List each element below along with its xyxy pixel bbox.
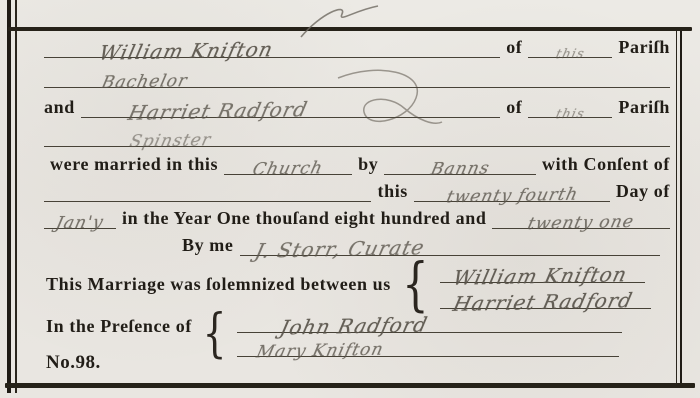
blank-line — [44, 201, 371, 202]
groom-condition-line: Bachelor — [44, 74, 670, 88]
groom-name-line: William Knifton — [44, 41, 500, 58]
bride-condition-line: Spinster — [44, 133, 670, 147]
month-handwriting: Jan'y — [54, 215, 105, 233]
brace-glyph: { — [402, 261, 429, 307]
day-line: twenty fourth — [414, 188, 610, 202]
solemnized-label: This Marriage was ſolemnized between us — [46, 275, 391, 293]
groom-condition-handwriting: Bachelor — [100, 73, 189, 92]
bottom-rule — [5, 383, 695, 388]
marriage-row: were married in this Church by Banns wit… — [50, 149, 670, 175]
record-number: No.98. — [46, 352, 101, 374]
year-label: in the Year One thouſand eight hundred a… — [122, 209, 486, 229]
marriage-register-page: William Knifton of this Pariſh Bachelor … — [0, 0, 700, 398]
and-label: and — [44, 98, 75, 118]
by-label: by — [358, 155, 378, 175]
of-label: of — [506, 98, 522, 118]
spouse-signatures: William Knifton Harriet Radford — [440, 259, 645, 309]
bride-name-line: Harriet Radford — [81, 101, 500, 118]
this-label: this — [377, 182, 407, 202]
witness-1-line: John Radford — [237, 311, 622, 333]
solemnized-row: This Marriage was ſolemnized between us … — [46, 259, 645, 309]
top-rule — [8, 27, 692, 31]
bride-name-handwriting: Harriet Radford — [126, 99, 310, 123]
bride-name-row: and Harriet Radford of this Pariſh — [44, 92, 670, 118]
witness-signatures: John Radford Mary Knifton — [237, 311, 622, 357]
officiant-signature-handwriting: J. Storr, Curate — [253, 237, 427, 261]
bride-condition-row: Spinster — [44, 121, 670, 147]
married-by-handwriting: Banns — [429, 160, 491, 178]
married-place-handwriting: Church — [251, 160, 325, 178]
groom-parish-handwriting: this — [555, 48, 587, 62]
year-words-line: twenty one — [492, 215, 670, 229]
groom-signature-line: William Knifton — [440, 259, 645, 283]
with-consent-label: with Conſent of — [542, 155, 670, 175]
month-line: Jan'y — [44, 215, 116, 229]
bride-parish-line: this — [528, 108, 612, 118]
year-row: Jan'y in the Year One thouſand eight hun… — [44, 204, 670, 229]
officiant-line: J. Storr, Curate — [240, 239, 661, 256]
parish-label: Pariſh — [618, 98, 670, 118]
parish-label: Pariſh — [618, 38, 670, 58]
bride-parish-handwriting: this — [555, 108, 587, 122]
witness-2-handwriting: Mary Knifton — [255, 342, 386, 362]
married-in-this-label: were married in this — [50, 155, 218, 175]
groom-parish-line: this — [528, 48, 612, 58]
groom-name-handwriting: William Knifton — [97, 39, 275, 63]
brace-glyph: { — [203, 313, 227, 355]
left-border-rule — [7, 0, 17, 393]
presence-label: In the Preſence of — [46, 317, 192, 337]
by-me-label: By me — [182, 236, 234, 256]
married-place-line: Church — [224, 161, 352, 175]
married-by-line: Banns — [384, 161, 536, 175]
right-border-rule — [676, 28, 682, 386]
of-label: of — [506, 38, 522, 58]
presence-row: In the Preſence of { John Radford Mary K… — [46, 311, 622, 357]
witness-1-handwriting: John Radford — [278, 314, 430, 337]
groom-name-row: William Knifton of this Pariſh — [44, 32, 670, 58]
groom-condition-row: Bachelor — [44, 62, 670, 88]
groom-signature-handwriting: William Knifton — [451, 264, 629, 288]
day-of-label: Day of — [616, 182, 670, 202]
day-row: this twenty fourth Day of — [44, 177, 670, 202]
